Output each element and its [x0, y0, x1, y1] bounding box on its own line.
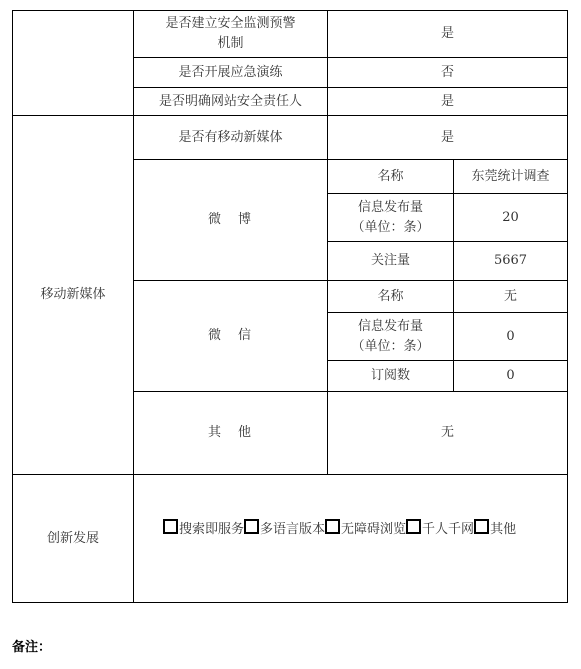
wechat-subscribers-value: 0 [454, 361, 567, 391]
has-mobile-media-value: 是 [328, 116, 567, 159]
label-line: 是否建立安全监测预警 [165, 14, 295, 34]
weibo-followers-label: 关注量 [328, 242, 453, 280]
option-other[interactable]: 其他 [474, 522, 516, 537]
option-label: 千人千网 [422, 522, 474, 537]
option-multilingual[interactable]: 多语言版本 [244, 522, 325, 537]
label-line: 信息发布量 [358, 198, 423, 218]
option-label: 其他 [490, 522, 516, 537]
weibo-posts-value: 20 [454, 194, 567, 241]
wechat-posts-label: 信息发布量 （单位：条） [328, 313, 453, 360]
has-mobile-media-label: 是否有移动新媒体 [134, 116, 327, 159]
table-border-right [567, 10, 568, 603]
checkbox-icon[interactable] [244, 519, 259, 534]
emergency-drill-value: 否 [328, 58, 567, 87]
label-line: 信息发布量 [358, 317, 423, 337]
weibo-followers-value: 5667 [454, 242, 567, 280]
security-monitoring-label: 是否建立安全监测预警 机制 [134, 11, 327, 57]
label-line: （单位：条） [351, 218, 429, 238]
security-monitoring-value: 是 [328, 11, 567, 57]
weibo-posts-label: 信息发布量 （单位：条） [328, 194, 453, 241]
option-search-as-service[interactable]: 搜索即服务 [163, 522, 244, 537]
checkbox-icon[interactable] [406, 519, 421, 534]
checkbox-icon[interactable] [325, 519, 340, 534]
option-label: 无障碍浏览 [341, 522, 406, 537]
wechat-subscribers-label: 订阅数 [328, 361, 453, 391]
option-label: 多语言版本 [260, 522, 325, 537]
label-line: （单位：条） [351, 337, 429, 357]
checkbox-icon[interactable] [474, 519, 489, 534]
wechat-name-value: 无 [454, 281, 567, 312]
other-media-value: 无 [328, 392, 567, 474]
label-line: 机制 [217, 34, 243, 54]
wechat-label: 微 信 [134, 281, 327, 391]
option-personalized[interactable]: 千人千网 [406, 522, 474, 537]
security-officer-value: 是 [328, 88, 567, 115]
innovation-section-label: 创新发展 [13, 475, 133, 602]
emergency-drill-label: 是否开展应急演练 [134, 58, 327, 87]
wechat-name-label: 名称 [328, 281, 453, 312]
weibo-name-value: 东莞统计调查 [454, 160, 567, 193]
weibo-label: 微 博 [134, 160, 327, 280]
table-border-bottom [12, 602, 568, 603]
mobile-media-section-label: 移动新媒体 [13, 116, 133, 474]
checkbox-icon[interactable] [163, 519, 178, 534]
remarks-label: 备注： [12, 636, 51, 655]
option-label: 搜索即服务 [179, 522, 244, 537]
wechat-posts-value: 0 [454, 313, 567, 360]
security-officer-label: 是否明确网站安全责任人 [134, 88, 327, 115]
other-media-label: 其 他 [134, 392, 327, 474]
innovation-options: 搜索即服务多语言版本无障碍浏览千人千网其他 [163, 518, 516, 537]
weibo-name-label: 名称 [328, 160, 453, 193]
option-accessibility[interactable]: 无障碍浏览 [325, 522, 406, 537]
